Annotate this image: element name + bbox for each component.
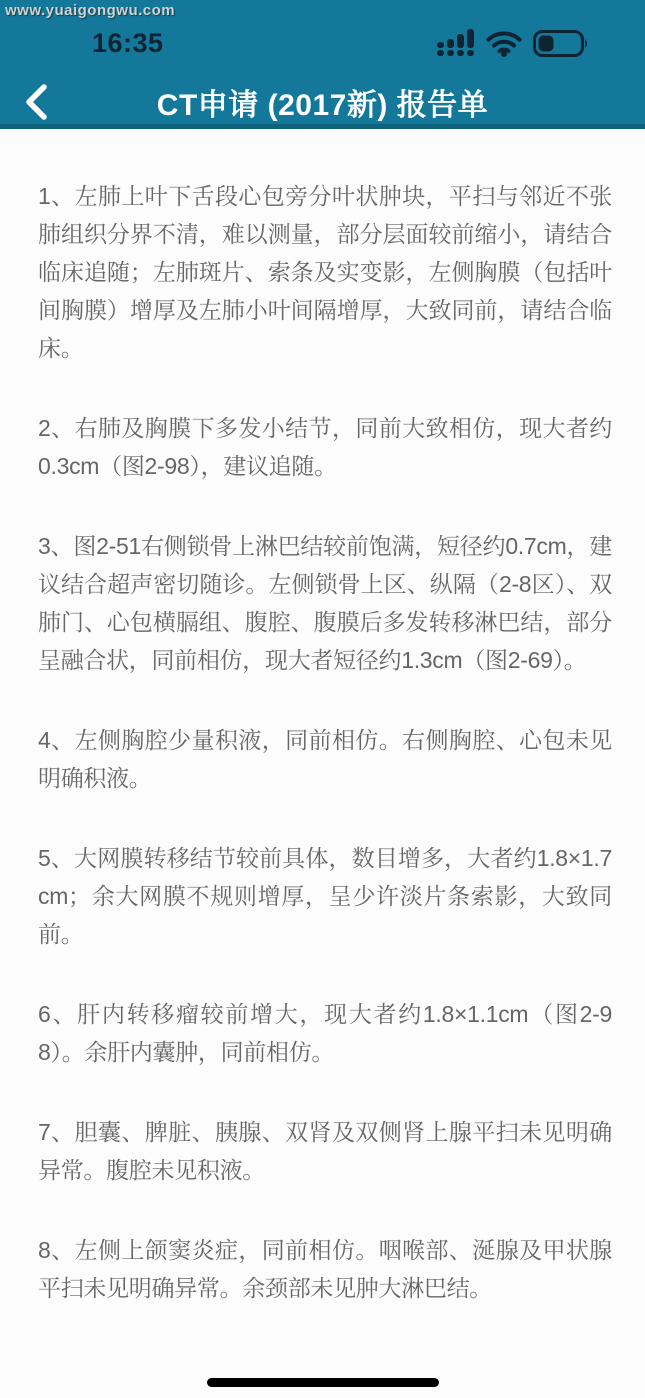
report-paragraph-6: 6、肝内转移瘤较前增大，现大者约1.8×1.1cm（图2-98）。余肝内囊肿，同… <box>38 995 612 1071</box>
report-paragraph-1: 1、左肺上叶下舌段心包旁分叶状肿块，平扫与邻近不张肺组织分界不清，难以测量，部分… <box>38 177 612 367</box>
page-title: CT申请 (2017新) 报告单 <box>157 80 488 124</box>
battery-icon <box>533 30 589 57</box>
navigation-bar: CT申请 (2017新) 报告单 <box>0 76 645 128</box>
report-paragraph-3: 3、图2-51右侧锁骨上淋巴结较前饱满，短径约0.7cm，建议结合超声密切随诊。… <box>38 527 612 679</box>
report-paragraph-8: 8、左侧上颌窦炎症，同前相仿。咽喉部、涎腺及甲状腺平扫未见明确异常。余颈部未见肿… <box>38 1231 612 1307</box>
status-time: 16:35 <box>92 28 164 59</box>
home-indicator[interactable] <box>207 1378 439 1387</box>
chevron-left-icon <box>25 84 47 120</box>
cellular-signal-icon <box>435 29 475 57</box>
watermark: www.yuaigongwu.com <box>5 2 175 19</box>
report-paragraph-2: 2、右肺及胸膜下多发小结节，同前大致相仿，现大者约0.3cm（图2-98），建议… <box>38 409 612 485</box>
status-icons <box>435 29 589 57</box>
status-bar: 16:35 <box>0 26 645 60</box>
wifi-icon <box>486 30 522 57</box>
app-header: www.yuaigongwu.com 16:35 <box>0 0 645 129</box>
back-button[interactable] <box>14 80 58 124</box>
phone-screen: www.yuaigongwu.com 16:35 <box>0 0 645 1398</box>
report-paragraph-4: 4、左侧胸腔少量积液，同前相仿。右侧胸腔、心包未见明确积液。 <box>38 721 612 797</box>
report-content: 1、左肺上叶下舌段心包旁分叶状肿块，平扫与邻近不张肺组织分界不清，难以测量，部分… <box>0 129 645 1307</box>
report-paragraph-5: 5、大网膜转移结节较前具体，数目增多，大者约1.8×1.7cm；余大网膜不规则增… <box>38 839 612 953</box>
report-paragraph-7: 7、胆囊、脾脏、胰腺、双肾及双侧肾上腺平扫未见明确异常。腹腔未见积液。 <box>38 1113 612 1189</box>
